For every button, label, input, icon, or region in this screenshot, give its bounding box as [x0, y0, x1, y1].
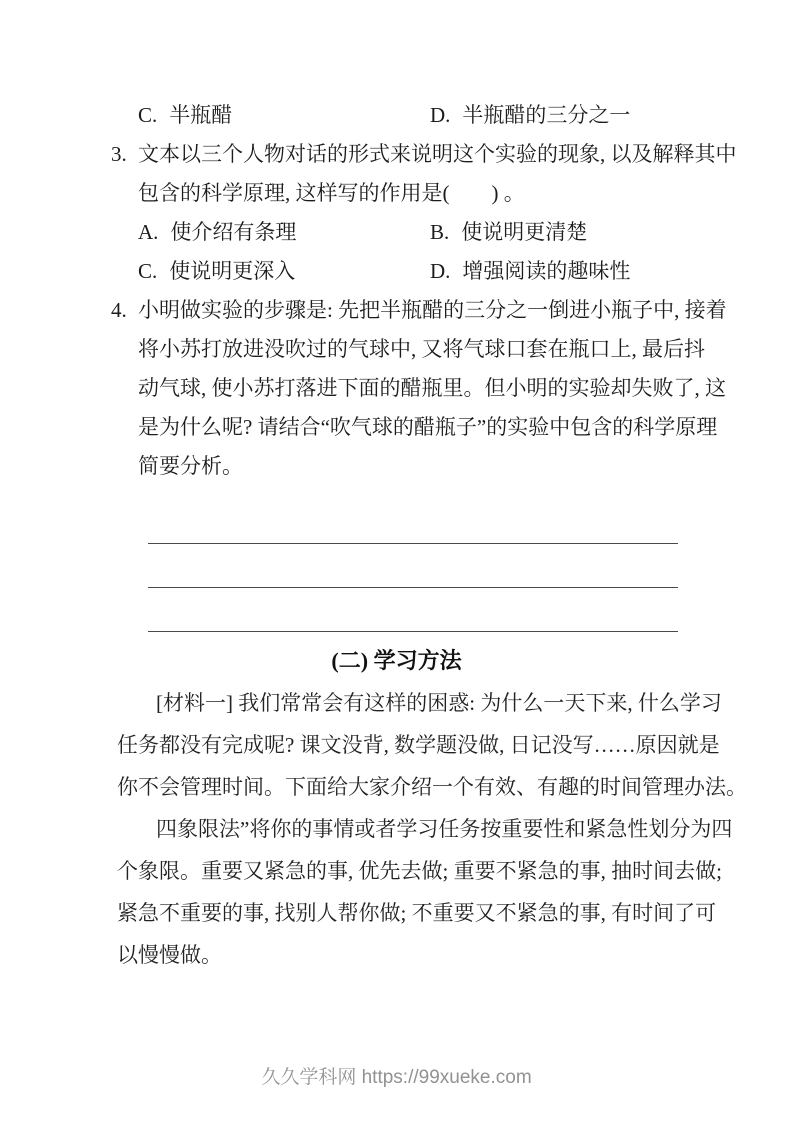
site-watermark: 久久学科网 https://99xueke.com: [0, 1066, 793, 1090]
question2-options-row: C.半瓶醋 D.半瓶醋的三分之一: [138, 96, 793, 135]
question3-option-c-text: 使说明更深入: [169, 259, 295, 283]
question3-option-a-label: A.: [138, 220, 158, 244]
material-1-text-line: 你不会管理时间。下面给大家介绍一个有效、有趣的时间管理办法。: [117, 766, 692, 808]
material-1-text-line: [材料一] 我们常常会有这样的困惑: 为什么一天下来, 什么学习: [117, 682, 692, 724]
question-4-text-line: 简要分析。: [138, 447, 694, 486]
question2-option-c-label: C.: [138, 103, 157, 127]
question2-option-d: D.半瓶醋的三分之一: [430, 96, 630, 135]
answer-blank-line: [148, 544, 678, 588]
question-3-text-line: 文本以三个人物对话的形式来说明这个实验的现象, 以及解释其中: [138, 135, 694, 174]
question-3-number: 3.: [111, 135, 127, 174]
question-4-text-line: 是为什么呢? 请结合“吹气球的醋瓶子”的实验中包含的科学原理: [138, 408, 694, 447]
question-3: 3. 文本以三个人物对话的形式来说明这个实验的现象, 以及解释其中 包含的科学原…: [138, 135, 694, 213]
answer-blank-line: [148, 588, 678, 632]
question2-option-d-text: 半瓶醋的三分之一: [462, 103, 630, 127]
question3-options-row-cd: C.使说明更深入 D.增强阅读的趣味性: [138, 252, 793, 291]
question2-option-d-label: D.: [430, 103, 450, 127]
question3-options-row-ab: A.使介绍有条理 B.使说明更清楚: [138, 213, 793, 252]
question3-option-d-label: D.: [430, 259, 450, 283]
question3-option-b-text: 使说明更清楚: [461, 220, 587, 244]
question3-option-c-label: C.: [138, 259, 157, 283]
worksheet-content: C.半瓶醋 D.半瓶醋的三分之一 3. 文本以三个人物对话的形式来说明这个实验的…: [0, 96, 793, 976]
material-1-paragraph-1: [材料一] 我们常常会有这样的困惑: 为什么一天下来, 什么学习 任务都没有完成…: [117, 682, 692, 808]
material-1-text-line: 任务都没有完成呢? 课文没背, 数学题没做, 日记没写……原因就是: [117, 724, 692, 766]
answer-blank-line: [148, 500, 678, 544]
worksheet-page: C.半瓶醋 D.半瓶醋的三分之一 3. 文本以三个人物对话的形式来说明这个实验的…: [0, 0, 793, 1122]
question-4: 4. 小明做实验的步骤是: 先把半瓶醋的三分之一倒进小瓶子中, 接着 将小苏打放…: [138, 291, 694, 486]
question3-option-d: D.增强阅读的趣味性: [430, 252, 630, 291]
question3-option-a: A.使介绍有条理: [138, 213, 430, 252]
question-4-text-line: 小明做实验的步骤是: 先把半瓶醋的三分之一倒进小瓶子中, 接着: [138, 291, 694, 330]
question-3-text-line: 包含的科学原理, 这样写的作用是( ) 。: [138, 174, 694, 213]
question3-option-b: B.使说明更清楚: [430, 213, 587, 252]
question3-option-c: C.使说明更深入: [138, 252, 430, 291]
material-1-text-line: 四象限法”将你的事情或者学习任务按重要性和紧急性划分为四: [117, 808, 692, 850]
question-4-text-line: 动气球, 使小苏打落进下面的醋瓶里。但小明的实验却失败了, 这: [138, 369, 694, 408]
question-4-text-line: 将小苏打放进没吹过的气球中, 又将气球口套在瓶口上, 最后抖: [138, 330, 694, 369]
question3-option-b-label: B.: [430, 220, 449, 244]
question2-option-c-text: 半瓶醋: [169, 103, 232, 127]
material-1-paragraph-2: 四象限法”将你的事情或者学习任务按重要性和紧急性划分为四 个象限。重要又紧急的事…: [117, 808, 692, 976]
question-4-number: 4.: [111, 291, 127, 330]
material-1-text-line: 以慢慢做。: [117, 934, 692, 976]
question3-option-d-text: 增强阅读的趣味性: [462, 259, 630, 283]
material-1-text-line: 紧急不重要的事, 找别人帮你做; 不重要又不紧急的事, 有时间了可: [117, 892, 692, 934]
section-heading: (二) 学习方法: [0, 647, 793, 675]
question3-option-a-text: 使介绍有条理: [170, 220, 296, 244]
question2-option-c: C.半瓶醋: [138, 96, 430, 135]
material-1-text-line: 个象限。重要又紧急的事, 优先去做; 重要不紧急的事, 抽时间去做;: [117, 850, 692, 892]
